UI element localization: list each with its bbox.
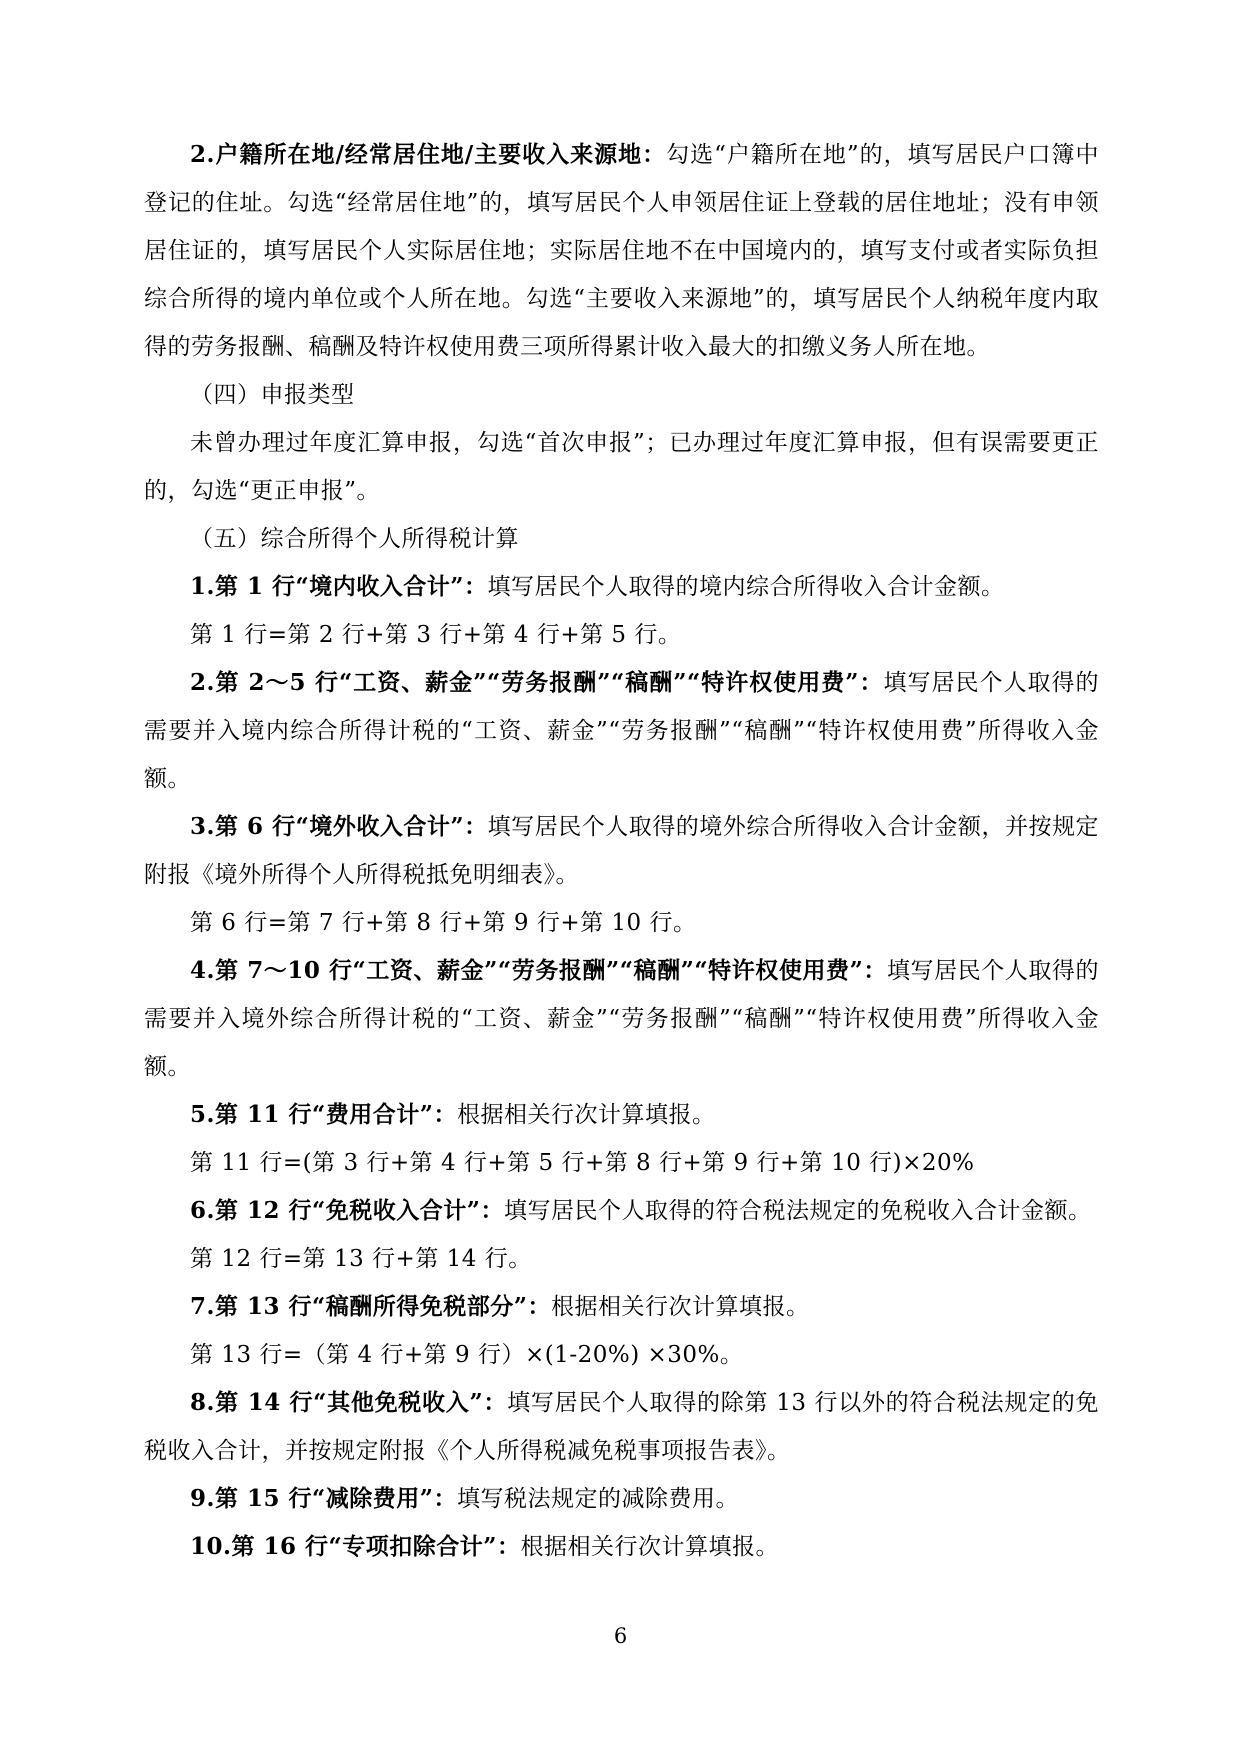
formula-text: 第 12 行=第 13 行+第 14 行。 (190, 1246, 532, 1272)
paragraph-text: 填写居民个人取得的符合税法规定的免税收入合计金额。 (504, 1198, 1092, 1224)
paragraph-lead: 9.第 15 行“减除费用”： (190, 1485, 457, 1512)
paragraph: 9.第 15 行“减除费用”：填写税法规定的减除费用。 (144, 1475, 1099, 1523)
paragraph-lead: 2.第 2～5 行“工资、薪金”“劳务报酬”“稿酬”“特许权使用费”： (190, 669, 883, 696)
formula-line: 第 12 行=第 13 行+第 14 行。 (144, 1235, 1099, 1283)
paragraph: 10.第 16 行“专项扣除合计”：根据相关行次计算填报。 (144, 1523, 1099, 1571)
paragraph: 6.第 12 行“免税收入合计”：填写居民个人取得的符合税法规定的免税收入合计金… (144, 1187, 1099, 1235)
paragraph: 未曾办理过年度汇算申报，勾选“首次申报”；已办理过年度汇算申报，但有误需要更正的… (144, 419, 1099, 515)
formula-line: 第 13 行=（第 4 行+第 9 行）×(1-20%) ×30%。 (144, 1331, 1099, 1379)
paragraph-lead: 7.第 13 行“稿酬所得免税部分”： (190, 1293, 551, 1320)
paragraph-text: 勾选“户籍所在地”的，填写居民户口簿中登记的住址。勾选“经常居住地”的，填写居民… (144, 142, 1099, 360)
paragraph: 3.第 6 行“境外收入合计”：填写居民个人取得的境外综合所得收入合计金额，并按… (144, 803, 1099, 899)
formula-text: 第 11 行=(第 3 行+第 4 行+第 5 行+第 8 行+第 9 行+第 … (190, 1150, 975, 1176)
paragraph-text: 填写税法规定的减除费用。 (457, 1486, 739, 1512)
formula-line: 第 6 行=第 7 行+第 8 行+第 9 行+第 10 行。 (144, 899, 1099, 947)
section-heading: （五）综合所得个人所得税计算 (144, 515, 1099, 563)
formula-line: 第 1 行=第 2 行+第 3 行+第 4 行+第 5 行。 (144, 611, 1099, 659)
paragraph: 1.第 1 行“境内收入合计”：填写居民个人取得的境内综合所得收入合计金额。 (144, 563, 1099, 611)
formula-text: 第 6 行=第 7 行+第 8 行+第 9 行+第 10 行。 (190, 910, 697, 936)
paragraph-text: 填写居民个人取得的境内综合所得收入合计金额。 (488, 574, 1005, 600)
paragraph-text: 根据相关行次计算填报。 (521, 1534, 780, 1560)
paragraph-text: 未曾办理过年度汇算申报，勾选“首次申报”；已办理过年度汇算申报，但有误需要更正的… (144, 430, 1099, 504)
paragraph: 4.第 7～10 行“工资、薪金”“劳务报酬”“稿酬”“特许权使用费”：填写居民… (144, 947, 1099, 1091)
paragraph-text: 根据相关行次计算填报。 (551, 1294, 810, 1320)
paragraph: 8.第 14 行“其他免税收入”：填写居民个人取得的除第 13 行以外的符合税法… (144, 1379, 1099, 1475)
document-page: 2.户籍所在地/经常居住地/主要收入来源地：勾选“户籍所在地”的，填写居民户口簿… (0, 0, 1241, 1754)
paragraph-text: 根据相关行次计算填报。 (457, 1102, 716, 1128)
heading-text: （四）申报类型 (190, 382, 355, 408)
paragraph-lead: 4.第 7～10 行“工资、薪金”“劳务报酬”“稿酬”“特许权使用费”： (190, 957, 887, 984)
paragraph: 5.第 11 行“费用合计”：根据相关行次计算填报。 (144, 1091, 1099, 1139)
paragraph: 2.第 2～5 行“工资、薪金”“劳务报酬”“稿酬”“特许权使用费”：填写居民个… (144, 659, 1099, 803)
paragraph-lead: 3.第 6 行“境外收入合计”： (190, 813, 488, 840)
formula-text: 第 13 行=（第 4 行+第 9 行）×(1-20%) ×30%。 (190, 1342, 743, 1368)
document-body: 2.户籍所在地/经常居住地/主要收入来源地：勾选“户籍所在地”的，填写居民户口簿… (144, 131, 1099, 1571)
page-number: 6 (0, 1622, 1241, 1650)
paragraph: 2.户籍所在地/经常居住地/主要收入来源地：勾选“户籍所在地”的，填写居民户口簿… (144, 131, 1099, 371)
paragraph-lead: 10.第 16 行“专项扣除合计”： (190, 1533, 521, 1560)
paragraph-lead: 1.第 1 行“境内收入合计”： (190, 573, 488, 600)
paragraph-lead: 8.第 14 行“其他免税收入”： (190, 1389, 507, 1416)
formula-line: 第 11 行=(第 3 行+第 4 行+第 5 行+第 8 行+第 9 行+第 … (144, 1139, 1099, 1187)
paragraph: 7.第 13 行“稿酬所得免税部分”：根据相关行次计算填报。 (144, 1283, 1099, 1331)
section-heading: （四）申报类型 (144, 371, 1099, 419)
paragraph-lead: 6.第 12 行“免税收入合计”： (190, 1197, 504, 1224)
formula-text: 第 1 行=第 2 行+第 3 行+第 4 行+第 5 行。 (190, 622, 681, 648)
paragraph-lead: 5.第 11 行“费用合计”： (190, 1101, 457, 1128)
heading-text: （五）综合所得个人所得税计算 (190, 526, 519, 552)
paragraph-lead: 2.户籍所在地/经常居住地/主要收入来源地： (190, 141, 666, 168)
